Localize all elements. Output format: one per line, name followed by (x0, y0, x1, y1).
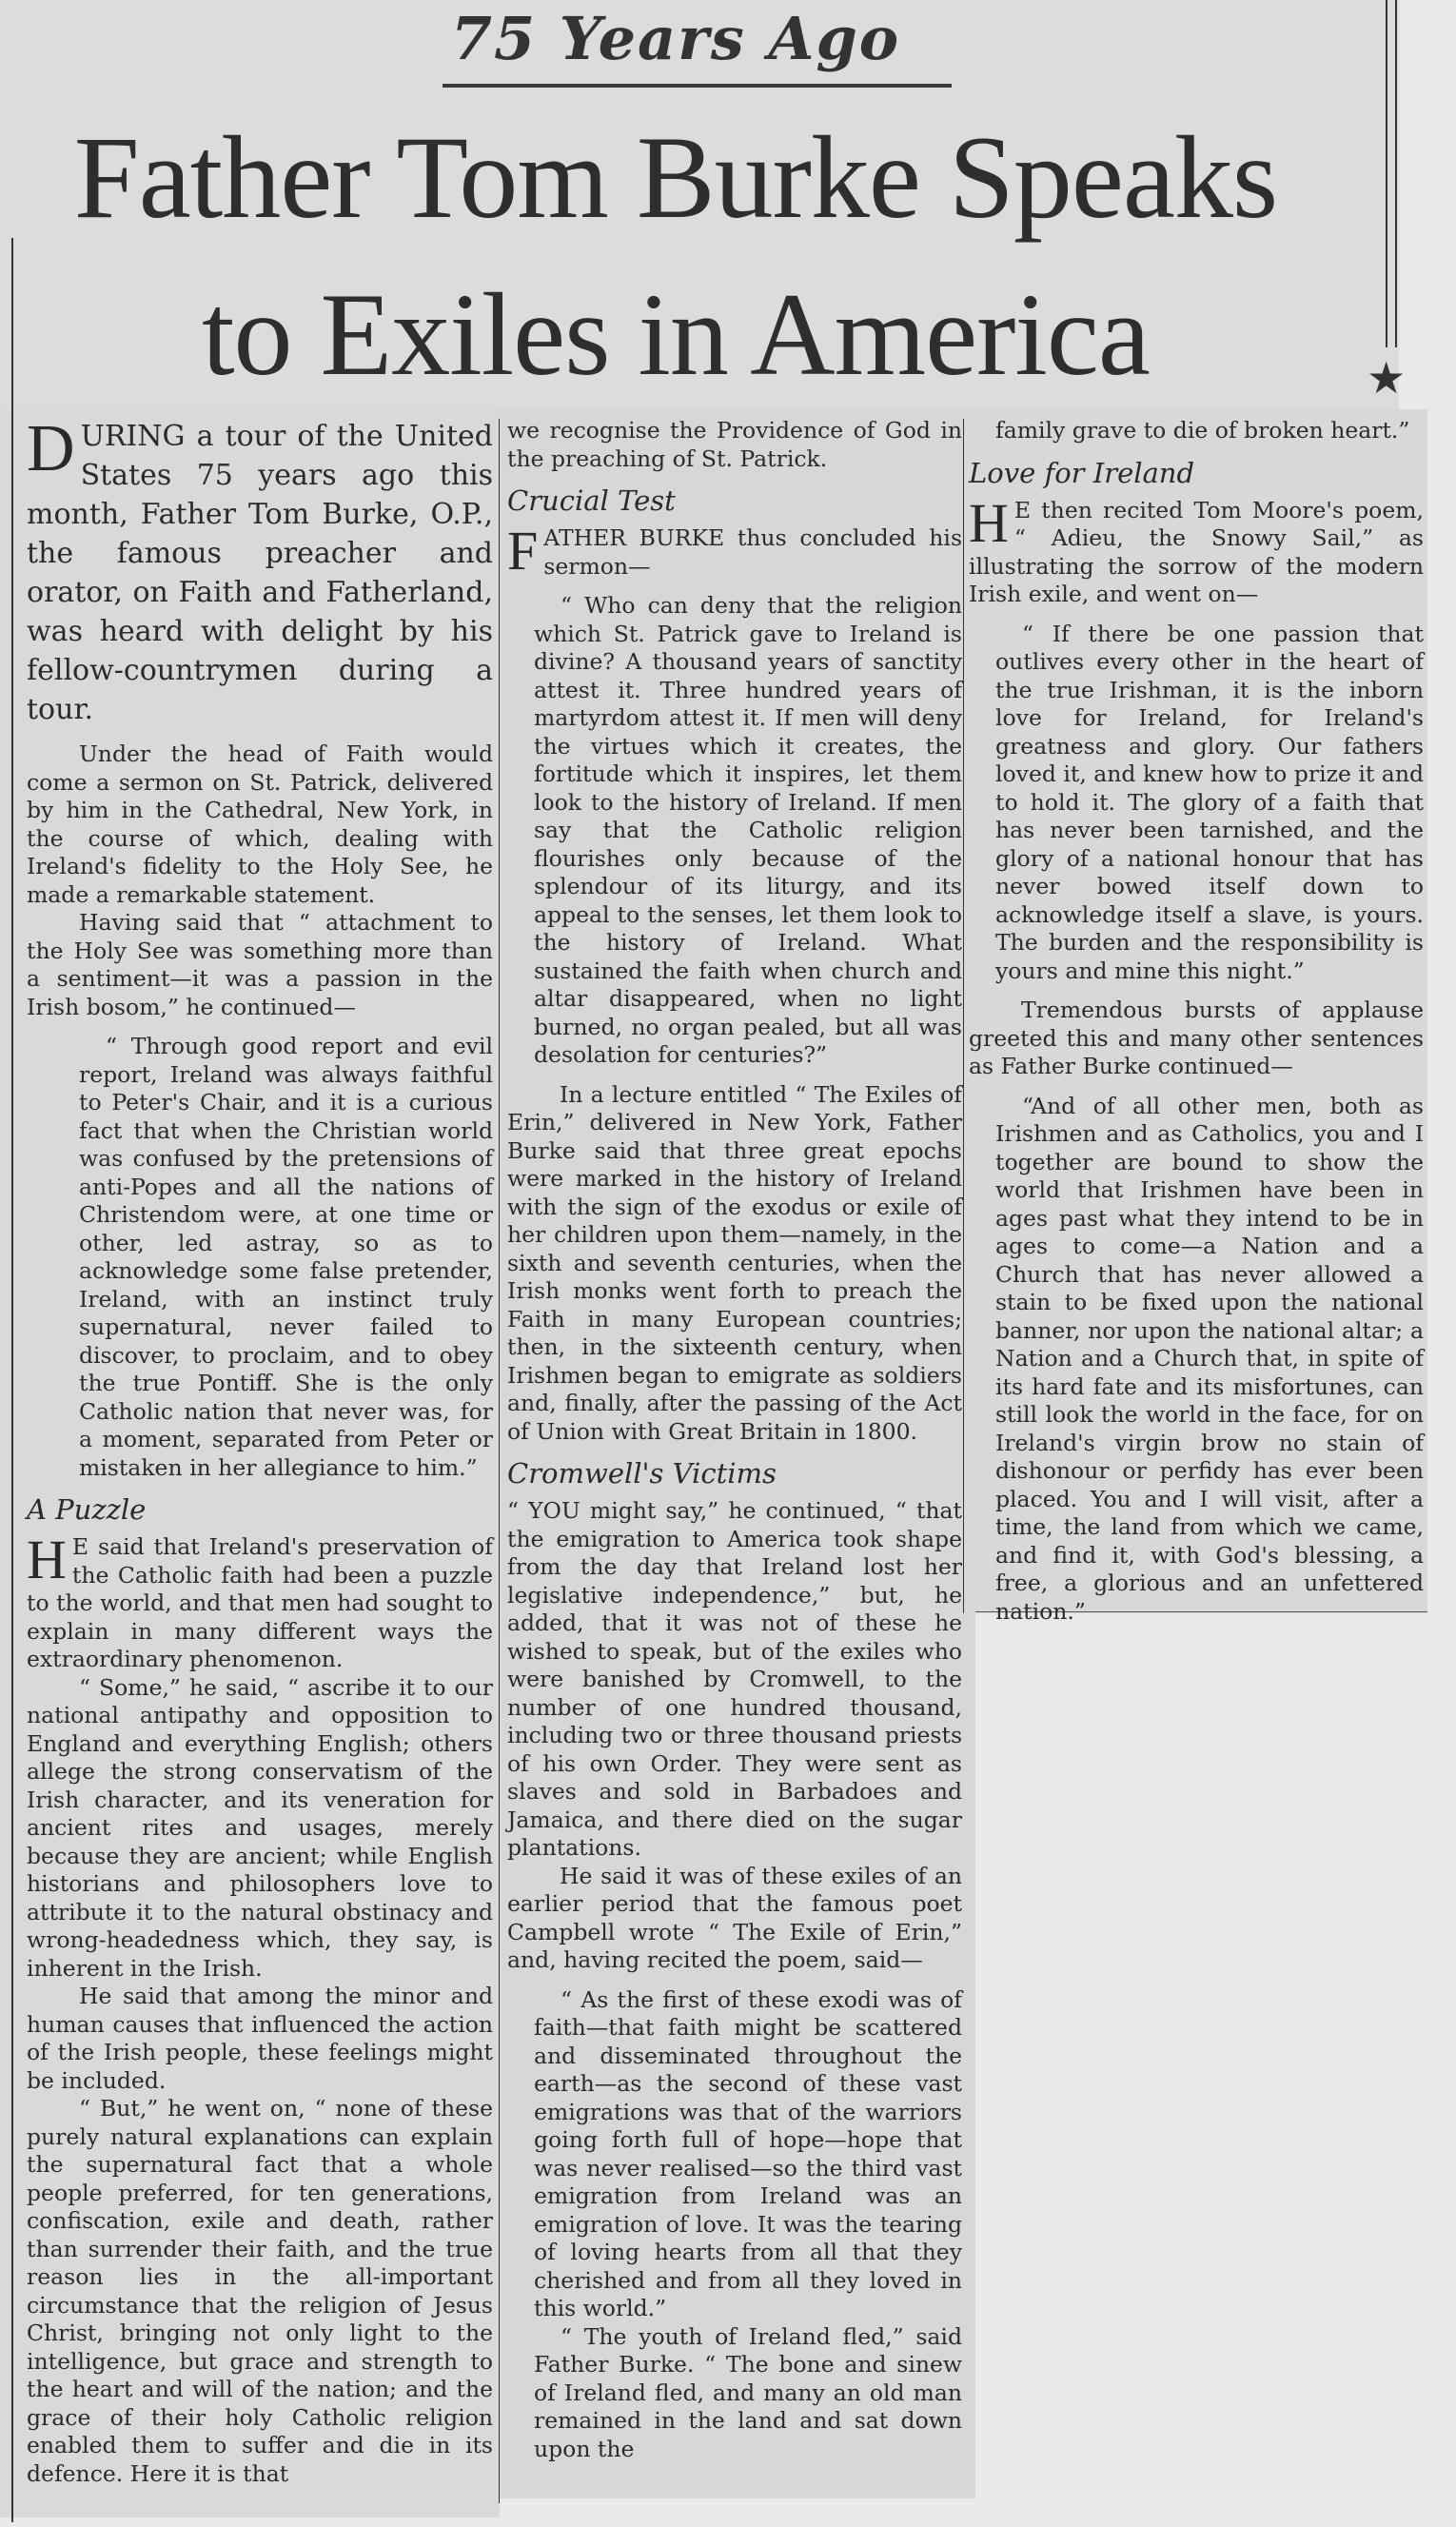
paragraph: Tremendous bursts of applause greeted th… (969, 997, 1424, 1081)
drop-cap: H (27, 1537, 67, 1583)
paragraph: He said it was of these exiles of an ear… (507, 1863, 962, 1975)
article-column-1: DURING a tour of the United States 75 ye… (27, 417, 493, 2488)
paragraph: HE then recited Tom Moore's poem, “ Adie… (969, 497, 1424, 609)
headline-line-1: Father Tom Burke Speaks (0, 119, 1351, 237)
column-divider-2 (963, 419, 964, 1613)
block-quote: “ If there be one passion that outlives … (969, 621, 1424, 986)
drop-cap: H (969, 501, 1009, 546)
subheading-love-for-ireland: Love for Ireland (969, 455, 1424, 491)
subheading-cromwells-victims: Cromwell's Victims (507, 1455, 962, 1491)
block-quote: “ Who can deny that the religion which S… (507, 592, 962, 1070)
right-double-rule-b (1395, 0, 1397, 347)
paragraph: HE said that Ireland's preservation of t… (27, 1533, 493, 1674)
paragraph: “ YOU might say,” he continued, “ that t… (507, 1497, 962, 1863)
article-column-2: we recognise the Providence of God in th… (507, 417, 962, 2463)
block-quote: “ The youth of Ireland fled,” said Fathe… (507, 2323, 962, 2464)
paragraph: Under the head of Faith would come a ser… (27, 740, 493, 909)
kicker-title: 75 Years Ago (0, 4, 1351, 73)
drop-cap: F (507, 528, 538, 574)
right-double-rule-a (1386, 0, 1387, 347)
star-icon: ★ (1367, 356, 1406, 400)
paragraph: “ But,” he went on, “ none of these pure… (27, 2095, 493, 2488)
block-quote: “ As the first of these exodi was of fai… (507, 1986, 962, 2323)
headline-line-2: to Exiles in America (0, 276, 1351, 394)
article-column-3: family grave to die of broken heart.” Lo… (969, 417, 1424, 1626)
paragraph: Having said that “ attachment to the Hol… (27, 909, 493, 1021)
left-border-rule (11, 238, 13, 2522)
paragraph: we recognise the Providence of God in th… (507, 417, 962, 473)
paragraph: In a lecture entitled “ The Exiles of Er… (507, 1081, 962, 1447)
subheading-crucial-test: Crucial Test (507, 483, 962, 519)
block-quote: “And of all other men, both as Irishmen … (969, 1093, 1424, 1627)
column-divider-1 (499, 419, 500, 2503)
kicker-underline (443, 84, 952, 88)
paragraph: FATHER BURKE thus concluded his sermon— (507, 524, 962, 581)
lead-paragraph: DURING a tour of the United States 75 ye… (27, 417, 493, 729)
block-quote: family grave to die of broken heart.” (969, 417, 1424, 445)
paragraph: “ Some,” he said, “ ascribe it to our na… (27, 1674, 493, 1984)
subheading-a-puzzle: A Puzzle (27, 1491, 493, 1528)
paragraph: He said that among the minor and human c… (27, 1983, 493, 2095)
drop-cap: D (27, 423, 75, 476)
block-quote: “ Through good report and evil report, I… (27, 1033, 493, 1482)
